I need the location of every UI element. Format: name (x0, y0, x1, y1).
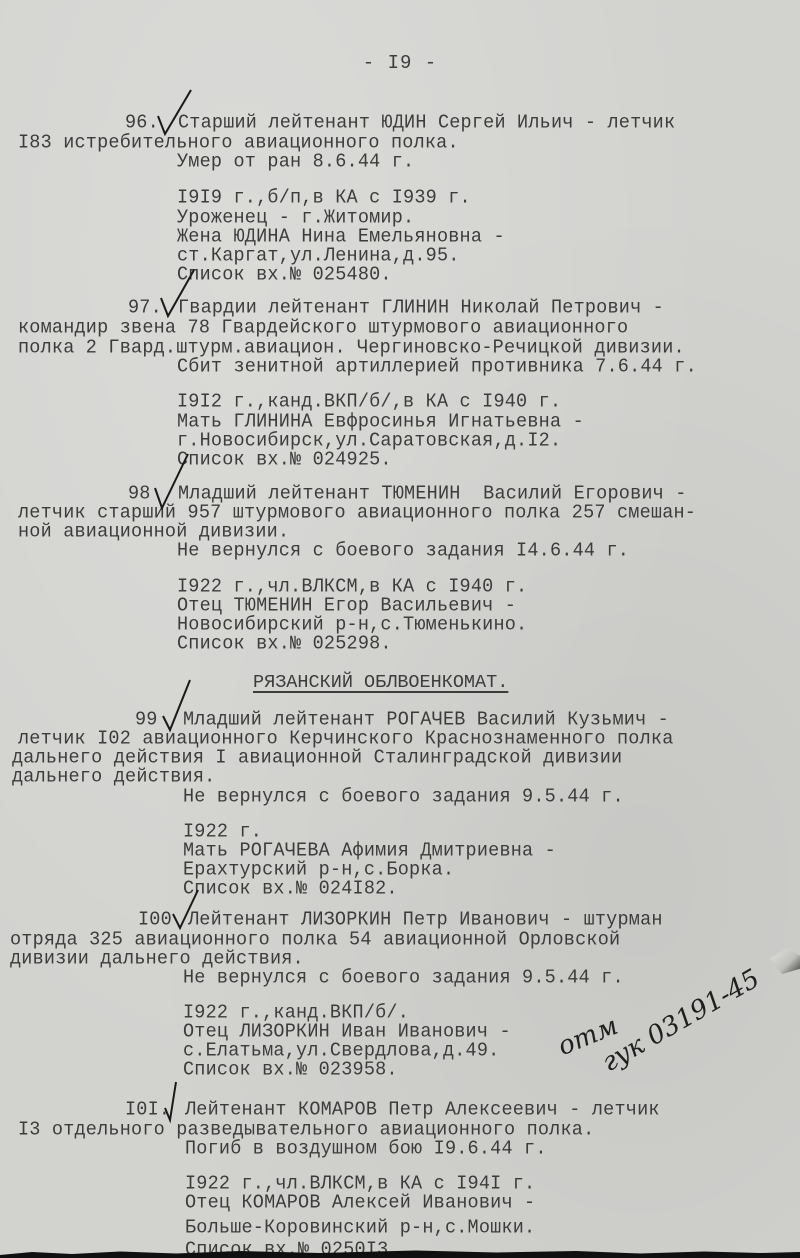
entry-detail: Список вх.№ 025298. (177, 634, 392, 655)
entry-line: Не вернулся с боевого задания I4.6.44 г. (177, 541, 629, 562)
section-heading: РЯЗАНСКИЙ ОБЛВОЕНКОМАТ. (253, 672, 508, 693)
entry-line: Лейтенант КОМАРОВ Петр Алексеевич - летч… (185, 1100, 660, 1121)
entry-detail: Список вх.№ 024I82. (183, 879, 398, 900)
entry-detail: Список вх.№ 024925. (177, 450, 392, 471)
entry-detail: I9I9 г.,б/п,в КА с I939 г. (177, 188, 471, 209)
checkmark-icon (162, 1080, 198, 1124)
entry-detail: I9I2 г.,канд.ВКП/б/,в КА с I940 г. (177, 392, 561, 413)
checkmark-icon (152, 452, 192, 512)
entry-number: 97. (128, 298, 162, 319)
entry-line: Не вернулся с боевого задания 9.5.44 г. (183, 787, 624, 808)
entry-line: Сбит зенитной артиллерией противника 7.6… (177, 357, 697, 378)
checkmark-icon (170, 888, 206, 932)
entry-detail: Больше-Коровинский р-н,с.Мошки. (185, 1218, 535, 1239)
entry-line: командир звена 78 Гвардейского штурмовог… (18, 318, 628, 339)
entry-line: дальнего действия. (12, 767, 215, 788)
paper-tear (770, 948, 800, 974)
entry-line: Старший лейтенант ЮДИН Сергей Ильич - ле… (178, 113, 675, 134)
entry-line: Погиб в воздушном бою I9.6.44 г. (185, 1139, 547, 1160)
entry-detail: Список вх.№ 023958. (183, 1060, 398, 1081)
document-page: - I9 - 96. Старший лейтенант ЮДИН Сергей… (0, 0, 800, 1258)
entry-detail: Список вх.№ 0250I3. (185, 1240, 400, 1258)
entry-line: Гвардии лейтенант ГЛИНИН Николай Петрови… (178, 298, 664, 319)
checkmark-icon (155, 88, 195, 138)
entry-line: Лейтенант ЛИЗОРКИН Петр Иванович - штурм… (188, 910, 663, 931)
entry-number: I00 (138, 910, 172, 931)
entry-line: Не вернулся с боевого задания 9.5.44 г. (183, 968, 624, 989)
entry-detail: Список вх.№ 025480. (177, 265, 392, 286)
checkmark-icon (160, 678, 200, 734)
entry-detail: Отец КОМАРОВ Алексей Иванович - (185, 1193, 535, 1214)
checkmark-icon (158, 268, 198, 320)
entry-line: Умер от ран 8.6.44 г. (177, 152, 414, 173)
entry-number: 96. (125, 113, 159, 134)
page-number: - I9 - (0, 52, 800, 74)
